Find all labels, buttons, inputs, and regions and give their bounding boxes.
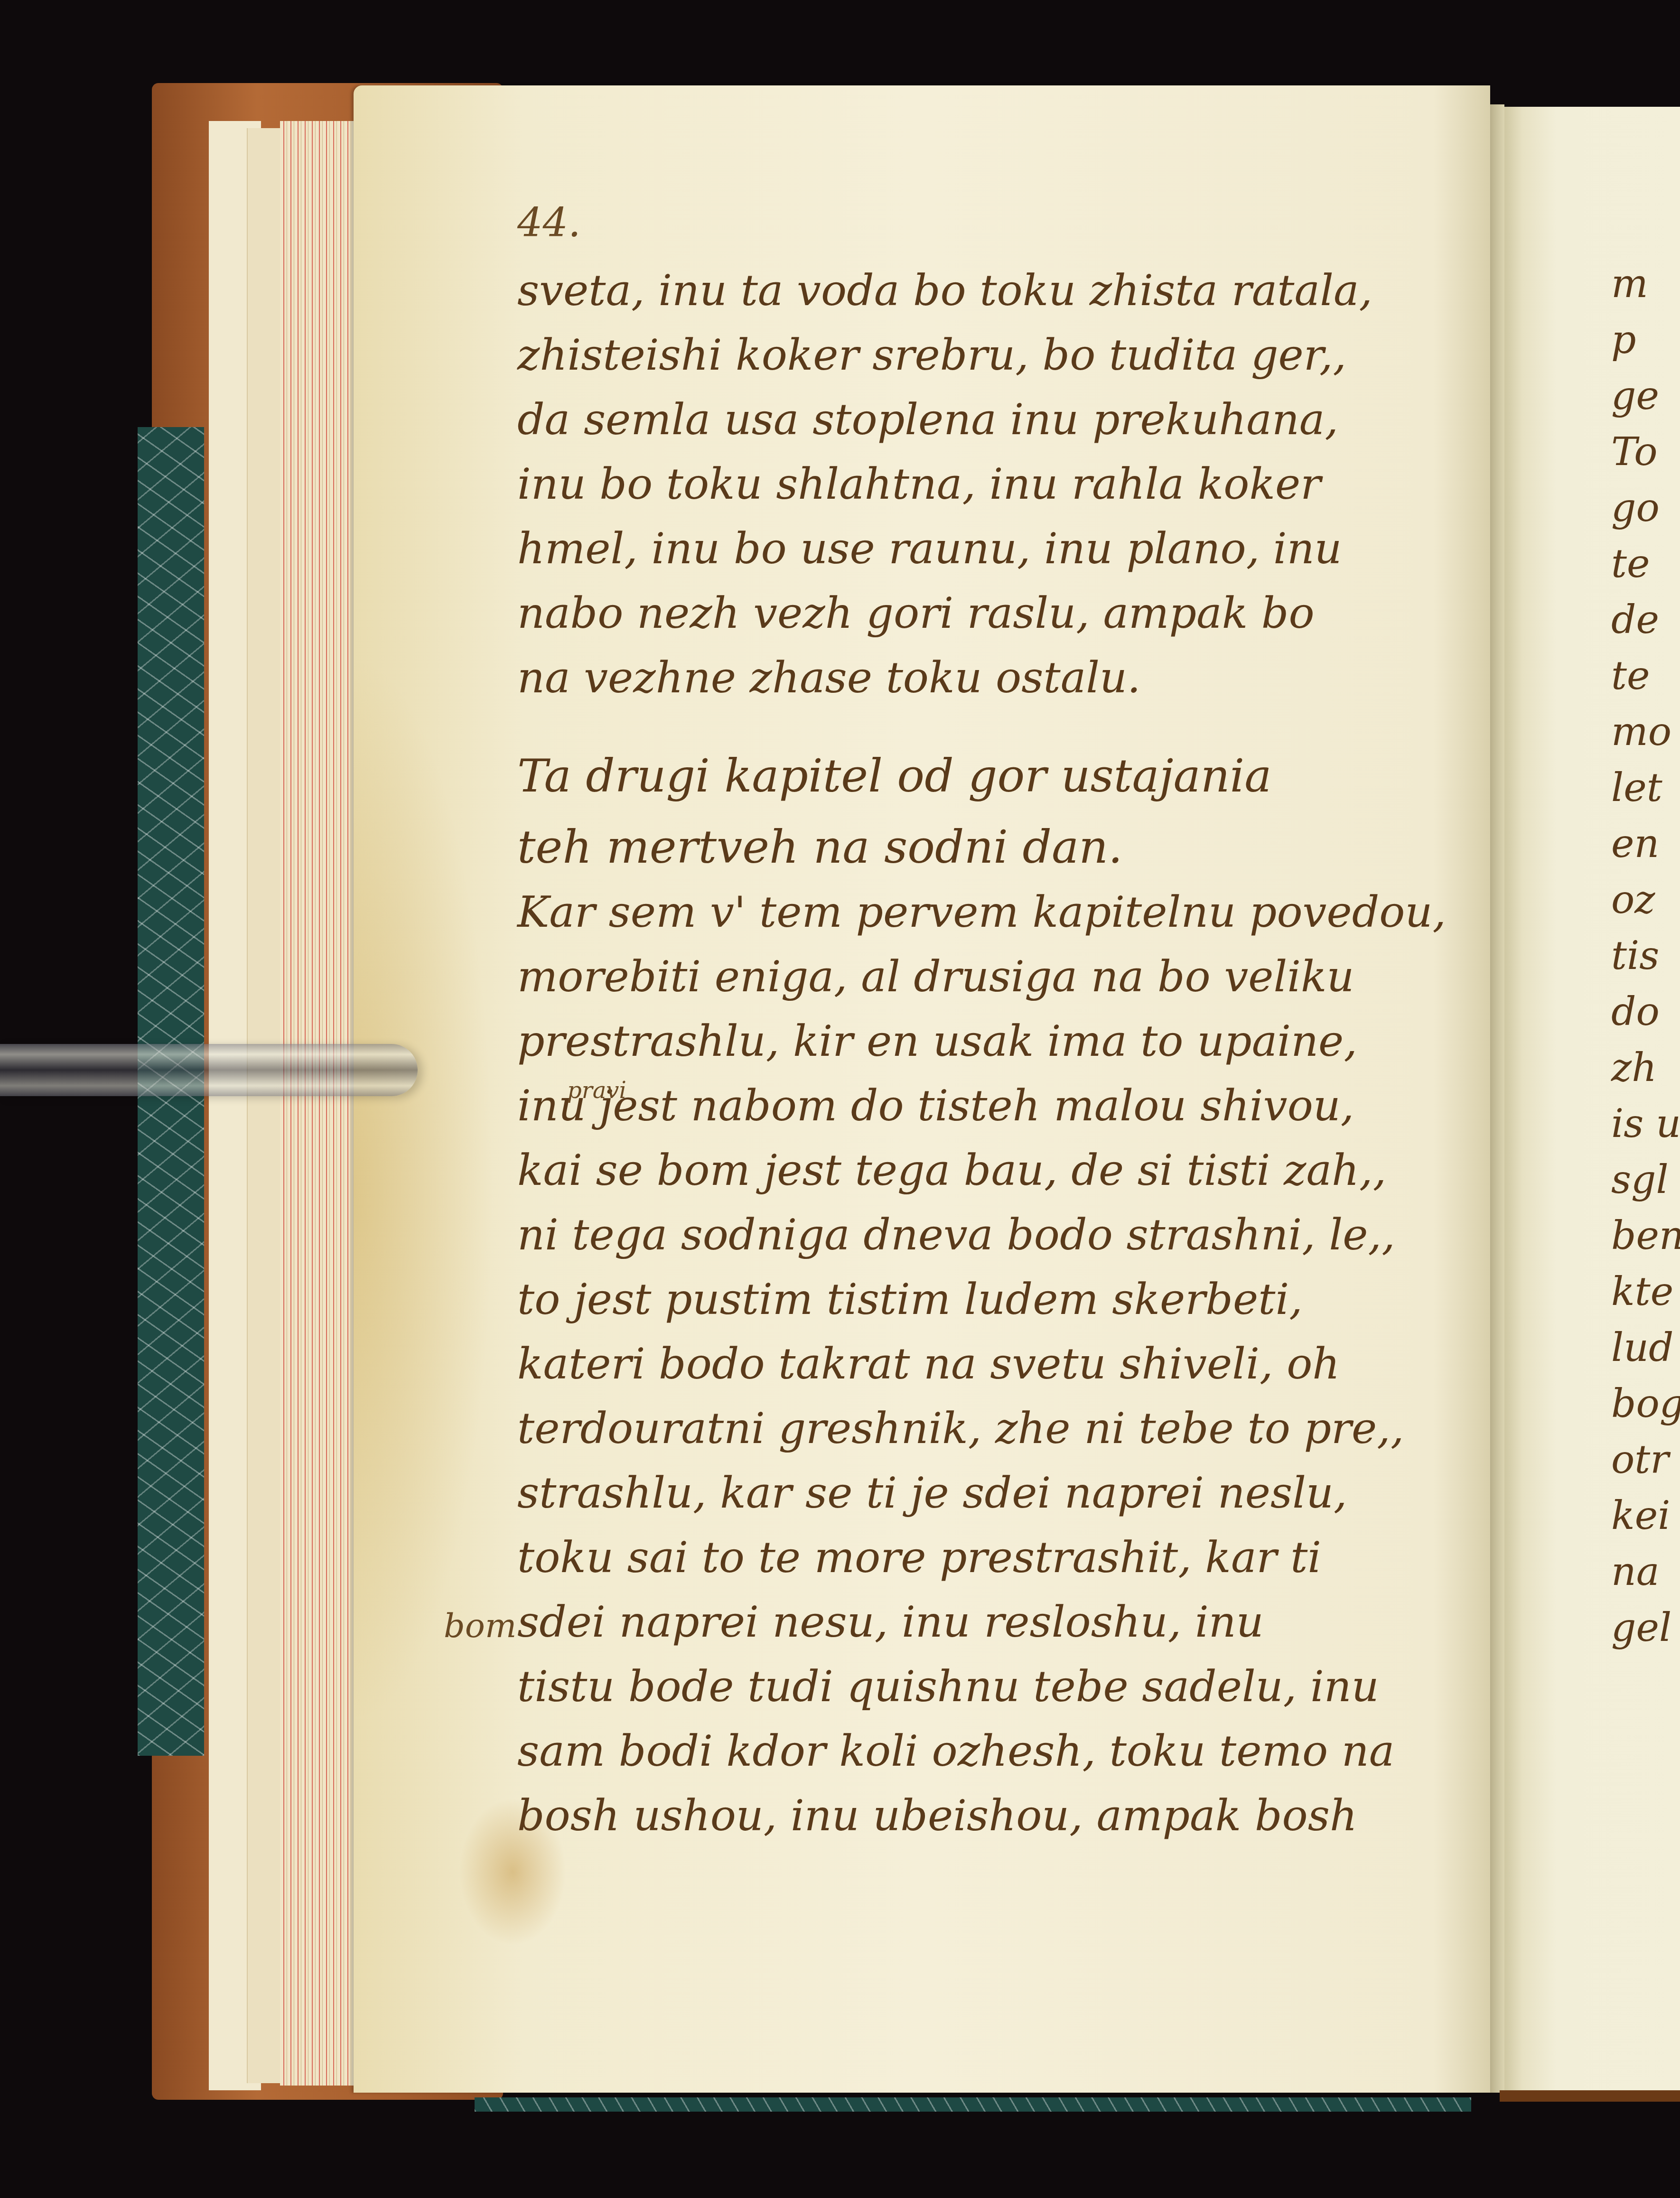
- manuscript-line: hmel, inu bo use raunu, inu plano, inu: [517, 517, 1372, 581]
- fragment: kte: [1611, 1264, 1680, 1320]
- manuscript-line: sam bodi kdor koli ozhesh, toku temo na: [517, 1719, 1446, 1784]
- manuscript-line: tistu bode tudi quishnu tebe sadelu, inu: [517, 1655, 1446, 1719]
- fragment: te: [1611, 648, 1680, 704]
- fragment: To: [1611, 424, 1680, 480]
- fragment: ge: [1611, 368, 1680, 424]
- fragment: ben: [1611, 1208, 1680, 1264]
- manuscript-line: strashlu, kar se ti je sdei naprei neslu…: [517, 1461, 1446, 1526]
- fragment: de: [1611, 592, 1680, 648]
- fragment: do: [1611, 984, 1680, 1040]
- manuscript-line: to jest pustim tistim ludem skerbeti,: [517, 1267, 1446, 1332]
- fragment: lud: [1611, 1320, 1680, 1376]
- manuscript-line: na vezhne zhase toku ostalu.: [517, 646, 1372, 710]
- fragment: oz: [1611, 872, 1680, 928]
- right-page-text-fragments: m p ge To go te de te mo let en oz tis d…: [1611, 256, 1680, 1656]
- red-sprinkled-page-edges: [280, 121, 356, 2086]
- manuscript-line: zhisteishi koker srebru, bo tudita ger,,: [517, 323, 1372, 388]
- manuscript-line: terdouratni greshnik, zhe ni tebe to pre…: [517, 1397, 1446, 1461]
- fragment: go: [1611, 480, 1680, 536]
- fragment: en: [1611, 816, 1680, 872]
- manuscript-line: inu bo toku shlahtna, inu rahla koker: [517, 452, 1372, 517]
- manuscript-scan: 44. sveta, inu ta voda bo toku zhista ra…: [0, 0, 1680, 2198]
- book-gutter: [1490, 104, 1504, 2093]
- chapter-text-block: Kar sem v' tem pervem kapitelnu povedou,…: [517, 880, 1446, 1848]
- glass-rod-weight: [0, 1044, 418, 1096]
- chapter-heading: Ta drugi kapitel od gor ustajania teh me…: [517, 740, 1271, 883]
- manuscript-line: kateri bodo takrat na svetu shiveli, oh: [517, 1332, 1446, 1397]
- manuscript-line: Kar sem v' tem pervem kapitelnu povedou,: [517, 880, 1446, 945]
- fragment: p: [1611, 312, 1680, 368]
- fragment: te: [1611, 536, 1680, 592]
- manuscript-line: ni tega sodniga dneva bodo strashni, le,…: [517, 1203, 1446, 1267]
- fragment: let: [1611, 760, 1680, 816]
- manuscript-line: toku sai to te more prestrashit, kar ti: [517, 1526, 1446, 1590]
- fragment: mo: [1611, 704, 1680, 760]
- manuscript-line: bosh ushou, inu ubeishou, ampak bosh: [517, 1784, 1446, 1848]
- fragment: zh: [1611, 1040, 1680, 1096]
- fragment: m: [1611, 256, 1680, 312]
- flyleaf-inner: [247, 128, 281, 2083]
- heading-line: teh mertveh na sodni dan.: [517, 811, 1271, 883]
- manuscript-line: prestrashlu, kir en usak ima to upaine,: [517, 1009, 1446, 1074]
- manuscript-line: morebiti eniga, al drusiga na bo veliku: [517, 945, 1446, 1009]
- manuscript-line: sveta, inu ta voda bo toku zhista ratala…: [517, 259, 1372, 323]
- fragment: sgl: [1611, 1152, 1680, 1208]
- fragment: is u: [1611, 1096, 1680, 1152]
- fragment: tis: [1611, 928, 1680, 984]
- interlinear-insertion: pravi: [567, 1077, 626, 1104]
- cover-bottom-edge: [1500, 2090, 1680, 2102]
- text-block-continuation: sveta, inu ta voda bo toku zhista ratala…: [517, 259, 1372, 710]
- manuscript-line: inu jest nabom do tisteh malou shivou,: [517, 1074, 1446, 1138]
- marbled-endpaper-bottom: [475, 2097, 1471, 2112]
- manuscript-line: da semla usa stoplena inu prekuhana,: [517, 388, 1372, 452]
- fragment: kei: [1611, 1488, 1680, 1544]
- margin-note: bom: [444, 1606, 516, 1645]
- manuscript-line: kai se bom jest tega bau, de si tisti za…: [517, 1138, 1446, 1203]
- fragment: bog: [1611, 1376, 1680, 1432]
- heading-line: Ta drugi kapitel od gor ustajania: [517, 740, 1271, 811]
- folio-number: 44.: [517, 199, 581, 246]
- fragment: gel: [1611, 1600, 1680, 1656]
- manuscript-line: sdei naprei nesu, inu resloshu, inu: [517, 1590, 1446, 1655]
- fragment: otr: [1611, 1432, 1680, 1488]
- fragment: na: [1611, 1544, 1680, 1600]
- manuscript-line: nabo nezh vezh gori raslu, ampak bo: [517, 581, 1372, 646]
